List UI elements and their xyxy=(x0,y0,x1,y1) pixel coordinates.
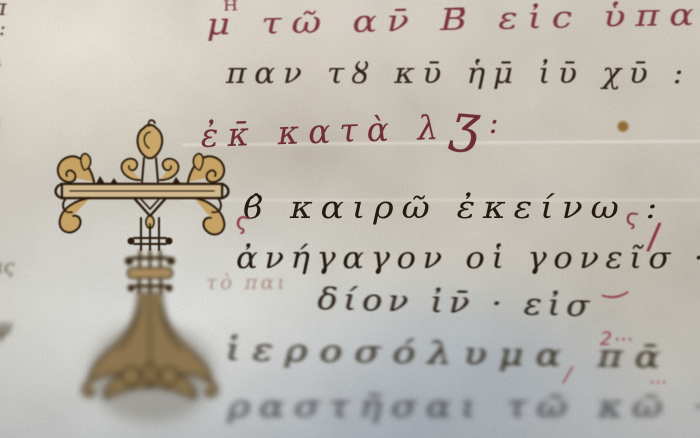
ornament-shaft xyxy=(125,250,175,294)
edge-text-fragment: ψ xyxy=(0,313,12,343)
gospel-text-line-3: δίον ἰν̄ · εἰσ xyxy=(317,282,595,324)
edge-text-fragment: : xyxy=(0,16,6,40)
gospel-text-line-5: ραστῆσαι τῶ κῶ · xyxy=(228,389,700,425)
swash-flourish: Ʒ xyxy=(450,134,479,137)
red-margin-mark: ϛ xyxy=(624,205,639,231)
gospel-text-line-2: ἀνήγαγον οἱ γονεῖσ · xyxy=(236,241,700,276)
ink-stain-dot xyxy=(616,120,630,133)
red-margin-mark: ⋯ xyxy=(649,372,667,393)
superscript-eta: Η xyxy=(223,0,238,15)
colon-mark: : xyxy=(488,105,508,141)
edge-text-fragment: ι xyxy=(0,110,2,134)
faded-correction-text: τὸ παι xyxy=(206,270,288,294)
manuscript-photo: Η μ τῶ αν̄ Β̄ εἰϲ ὑπα παν τȣ κῡ ἡμ̄ ἰῡ χ… xyxy=(0,0,700,438)
edge-text-fragment: ας xyxy=(0,254,15,278)
red-margin-mark: ‿ xyxy=(599,263,628,301)
rubric-heading-line-2: παν τȣ κῡ ἡμ̄ ἰῡ χῡ : xyxy=(226,56,691,90)
edge-text-fragment: λ xyxy=(0,44,3,72)
red-margin-mark: ⁄ xyxy=(566,364,570,389)
gospel-text-line-1: ϐ̂ καιρῶ ἐκείνω : xyxy=(243,190,665,226)
red-margin-mark: 2⋯ xyxy=(600,328,635,350)
